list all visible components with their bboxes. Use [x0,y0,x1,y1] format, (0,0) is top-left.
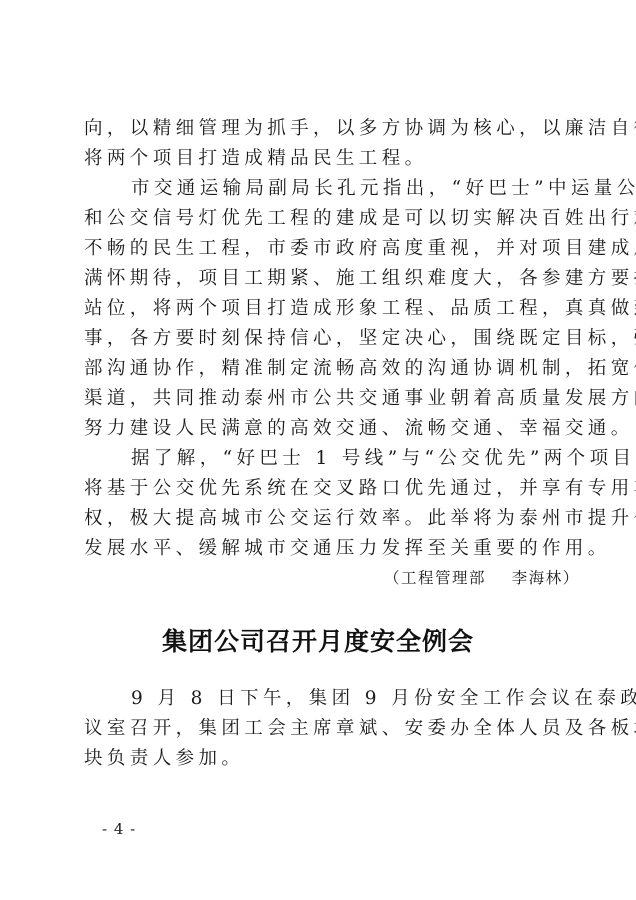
text-line: 和公交信号灯优先工程的建成是可以切实解决百姓出行难、交通 [84,204,556,234]
text-line: 市交通运输局副局长孔元指出，“好巴士”中运量公交 1 号线 [84,174,556,204]
text-line: 权，极大提高城市公交运行效率。此举将为泰州市提升公共交通 [84,504,556,534]
text-line: 努力建设人民满意的高效交通、流畅交通、幸福交通。 [84,414,556,444]
text-line: 块负责人参加。 [84,744,556,774]
article2-paragraph-1: 9 月 8 日下午，集团 9 月份安全工作会议在泰政服务 504 会 议室召开，… [84,684,556,774]
text-line: 议室召开，集团工会主席章斌、安委办全体人员及各板块安全条 [84,714,556,744]
article1-paragraph-2: 市交通运输局副局长孔元指出，“好巴士”中运量公交 1 号线 和公交信号灯优先工程… [84,174,556,444]
document-page: 向，以精细管理为抓手，以多方协调为核心，以廉洁自律为底线， 将两个项目打造成精品… [0,0,636,900]
text-line: 不畅的民生工程，市委市政府高度重视，并对项目建成后的效果 [84,234,556,264]
text-line: 向，以精细管理为抓手，以多方协调为核心，以廉洁自律为底线， [84,114,556,144]
text-line: 事，各方要时刻保持信心，坚定决心，围绕既定目标，强化内外 [84,324,556,354]
text-line: 渠道，共同推动泰州市公共交通事业朝着高质量发展方向迈进， [84,384,556,414]
text-line: 将两个项目打造成精品民生工程。 [84,144,556,174]
text-line: 发展水平、缓解城市交通压力发挥至关重要的作用。 [84,534,556,564]
article-title: 集团公司召开月度安全例会 [0,622,636,658]
article-signature: （工程管理部 李海林） [384,566,580,588]
text-line: 部沟通协作，精准制定流畅高效的沟通协调机制，拓宽信息交流 [84,354,556,384]
text-line: 9 月 8 日下午，集团 9 月份安全工作会议在泰政服务 504 会 [84,684,556,714]
text-line: 据了解，“好巴士 1 号线”与“公交优先”两个项目的配套使用， [84,444,556,474]
text-line: 满怀期待，项目工期紧、施工组织难度大，各参建方要提高政治 [84,264,556,294]
page-number: - 4 - [102,820,136,838]
text-line: 站位，将两个项目打造成形象工程、品质工程，真真做到民办实 [84,294,556,324]
text-line: 将基于公交优先系统在交叉路口优先通过，并享有专用车道路 [84,474,556,504]
article1-paragraph-3: 据了解，“好巴士 1 号线”与“公交优先”两个项目的配套使用， 将基于公交优先系… [84,444,556,564]
article1-paragraph-1: 向，以精细管理为抓手，以多方协调为核心，以廉洁自律为底线， 将两个项目打造成精品… [84,114,556,174]
